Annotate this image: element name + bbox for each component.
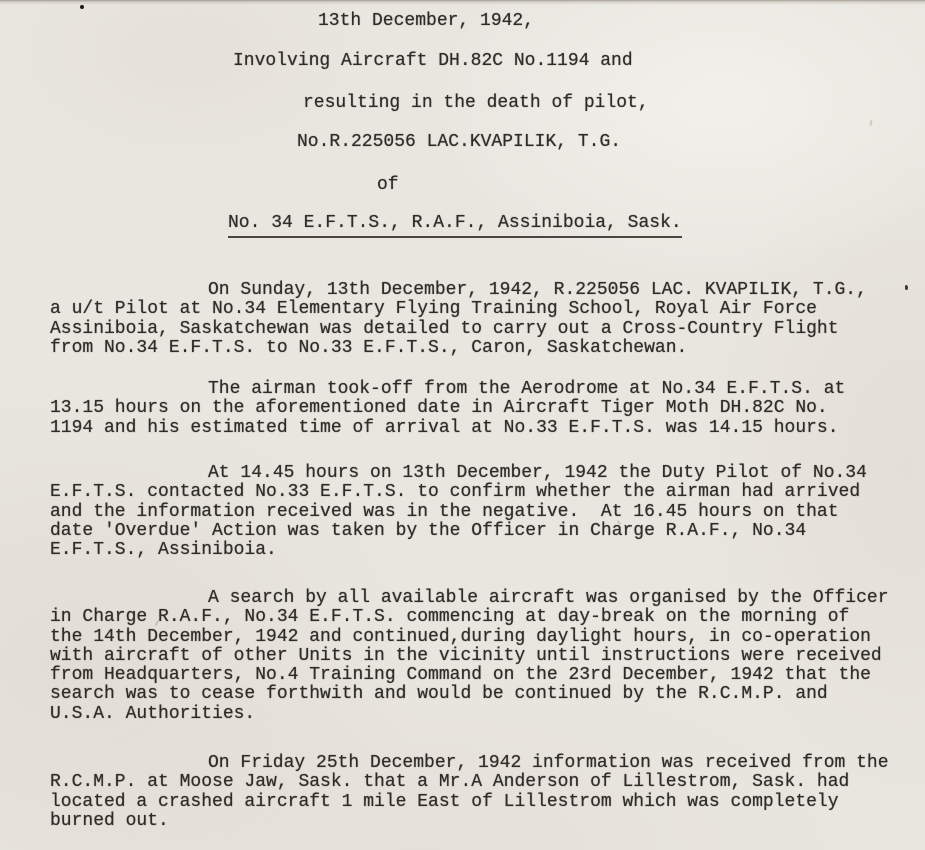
document-page: 13th December, 1942, Involving Aircraft … — [0, 0, 925, 850]
ink-speck — [80, 5, 84, 9]
paragraph-flight-detail: On Sunday, 13th December, 1942, R.225056… — [50, 281, 867, 358]
heading-aircraft-line: Involving Aircraft DH.82C No.1194 and — [233, 52, 633, 71]
paper-fiber — [869, 120, 872, 126]
heading-unit-line-underlined: No. 34 E.F.T.S., R.A.F., Assiniboia, Sas… — [228, 214, 682, 238]
paragraph-search: A search by all available aircraft was o… — [50, 589, 889, 724]
paragraph-overdue-action: At 14.45 hours on 13th December, 1942 th… — [50, 464, 867, 560]
ink-speck — [905, 285, 908, 290]
heading-date-line: 13th December, 1942, — [318, 12, 534, 31]
heading-pilot-line: No.R.225056 LAC.KVAPILIK, T.G. — [297, 133, 621, 152]
heading-result-line: resulting in the death of pilot, — [303, 94, 649, 113]
paragraph-takeoff: The airman took-off from the Aerodrome a… — [50, 380, 845, 438]
paragraph-wreck-discovery: On Friday 25th December, 1942 informatio… — [50, 754, 889, 831]
heading-of-line: of — [377, 176, 399, 195]
